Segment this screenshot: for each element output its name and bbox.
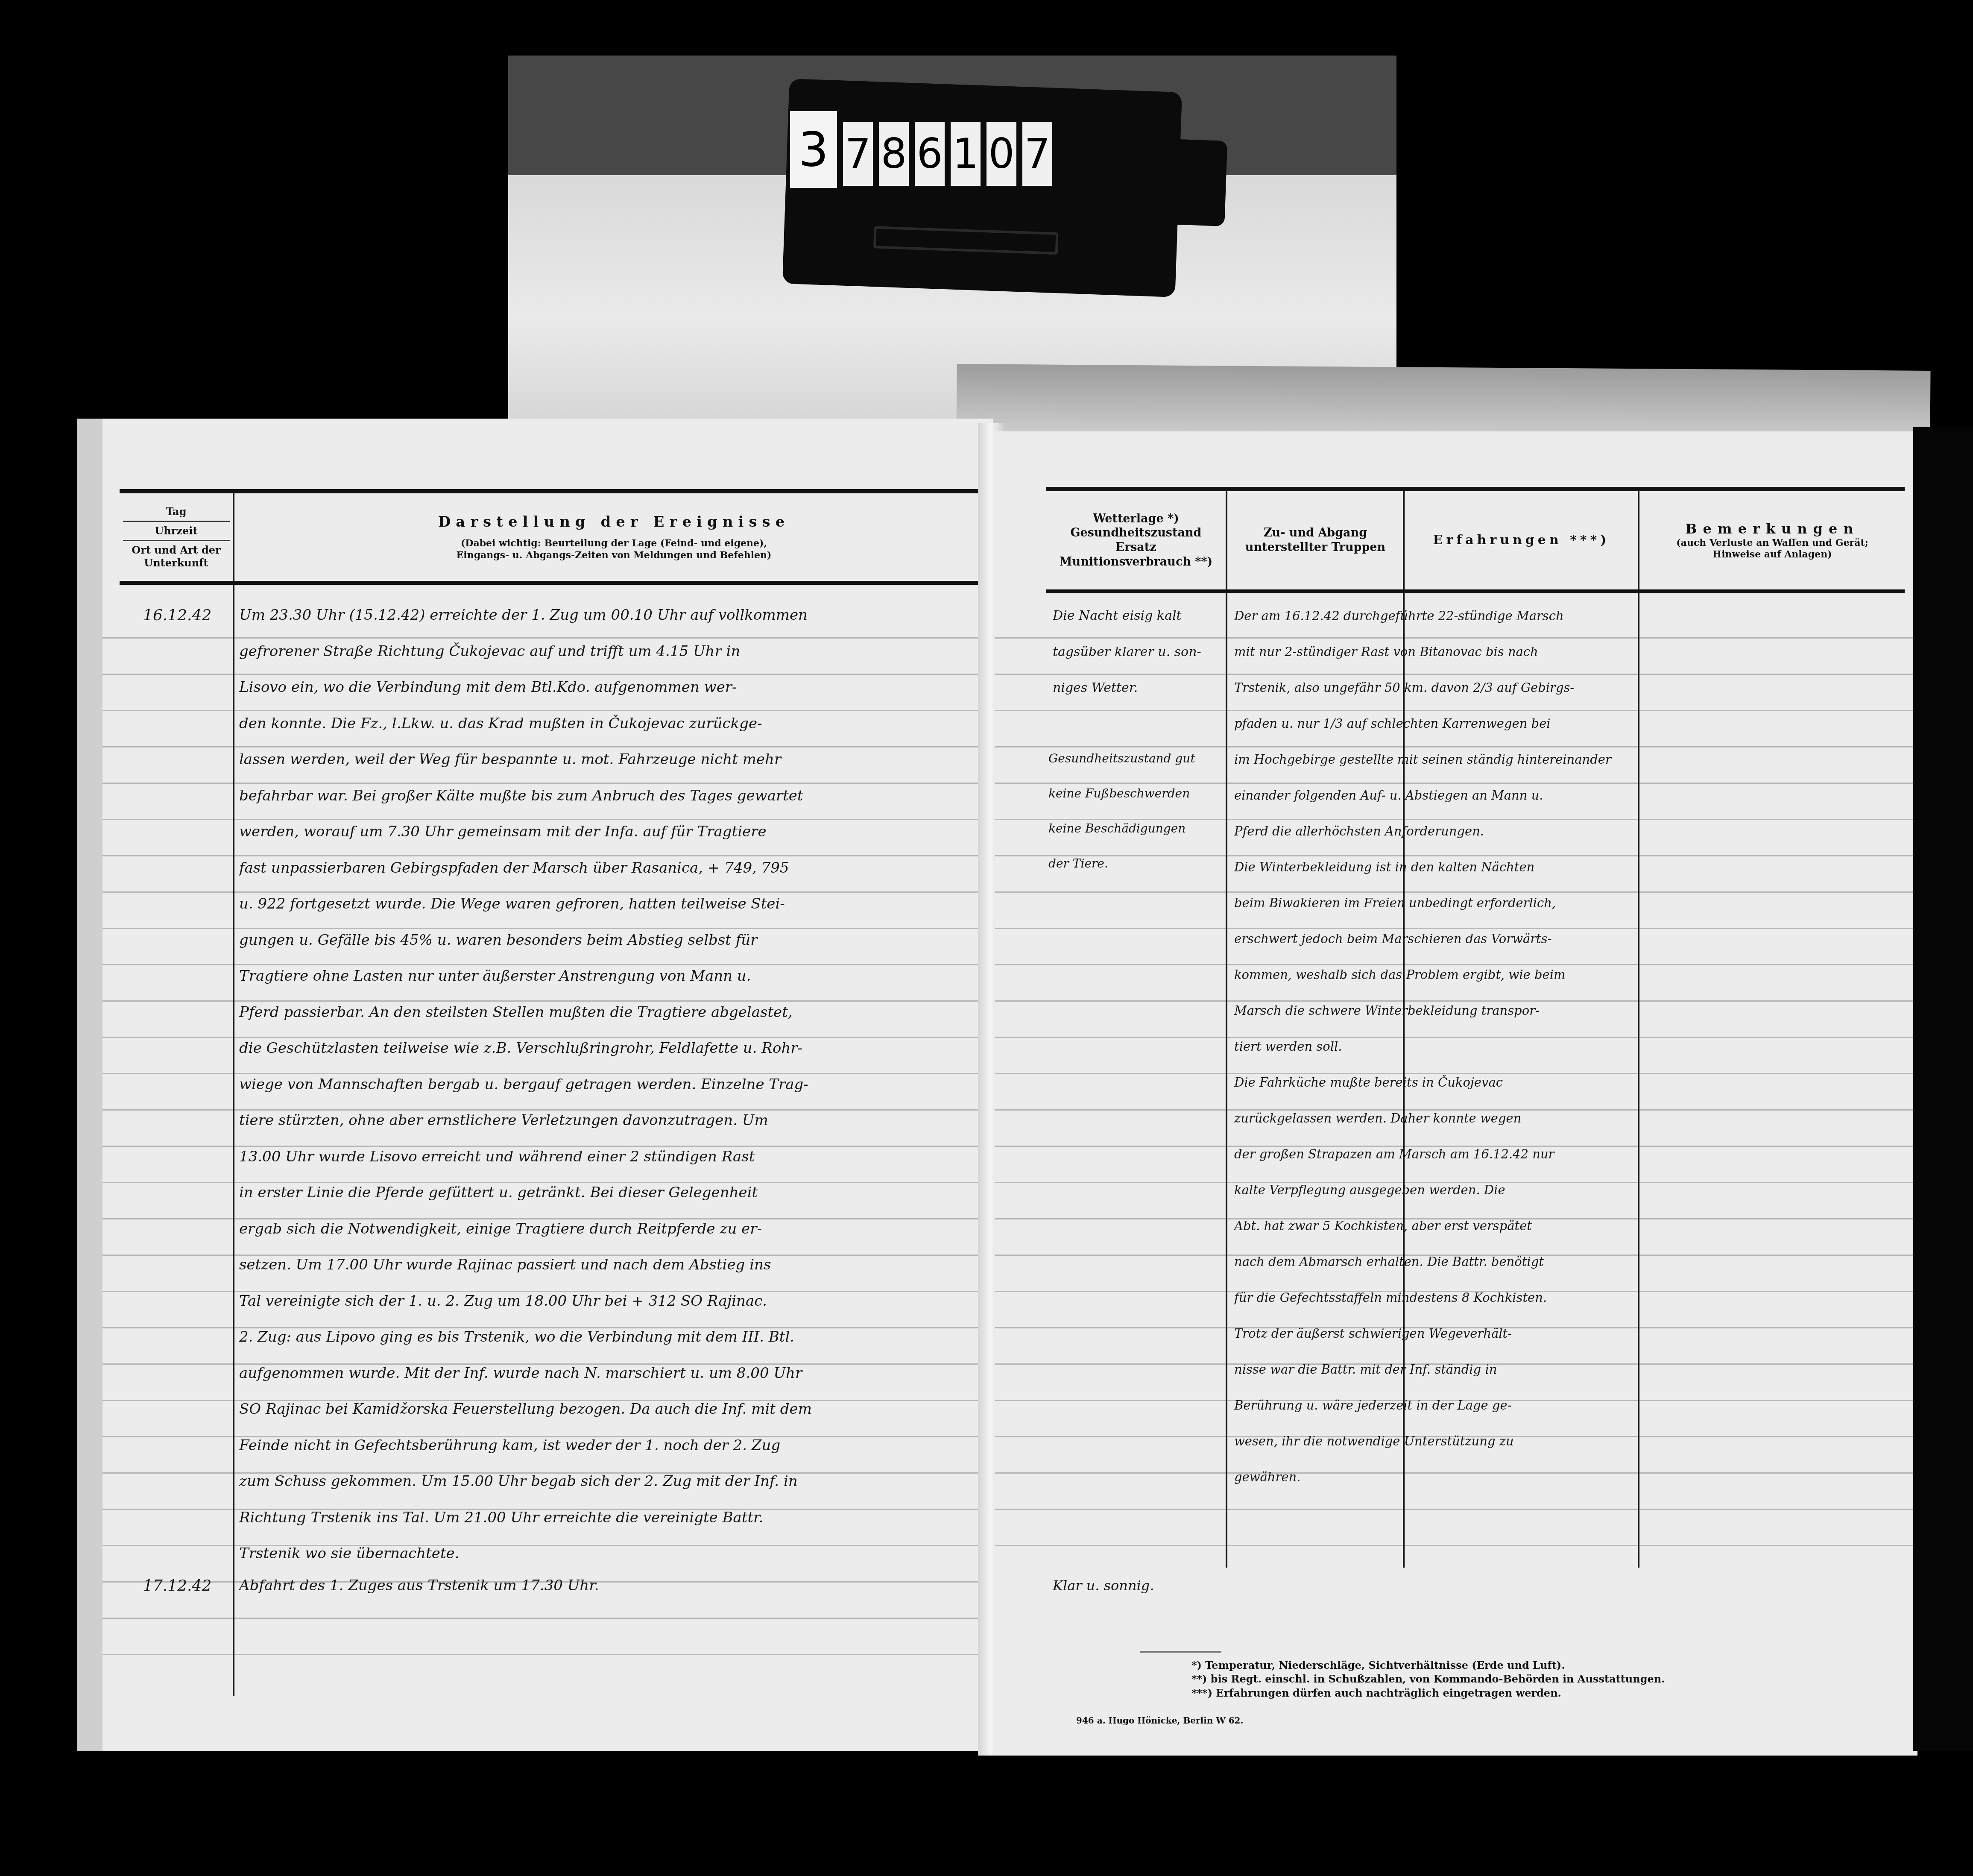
right-page-header: Wetterlage *) Gesundheitszustand Ersatz … — [1046, 487, 1905, 593]
counter-digit: 7 — [843, 122, 873, 186]
experience-line: Berührung u. wäre jederzeit in der Lage … — [1234, 1387, 1636, 1423]
text-line: fast unpassierbaren Gebirgspfaden der Ma… — [239, 850, 982, 886]
weather-line: tagsüber klarer u. son- — [1053, 634, 1224, 671]
header-darstellung-subtitle-1: (Dabei wichtig: Beurteilung der Lage (Fe… — [461, 538, 767, 550]
experience-line: der großen Strapazen am Marsch am 16.12.… — [1234, 1136, 1636, 1172]
experience-line: tiert werden soll. — [1234, 1029, 1636, 1064]
experience-line: gewähren. — [1234, 1459, 1636, 1495]
experience-text: Der am 16.12.42 durchgeführte 22-stündig… — [1234, 598, 1636, 1495]
column-divider — [1638, 491, 1639, 589]
experience-line: Pferd die allerhöchsten Anforderungen. — [1234, 813, 1636, 849]
frame-counter-readout: 3 7 8 6 1 0 7 — [790, 111, 1052, 188]
text-line: befahrbar war. Bei großer Kälte mußte bi… — [239, 778, 982, 814]
header-tag: Tag — [123, 503, 230, 521]
header-darstellung-subtitle-2: Eingangs- u. Abgangs-Zeiten von Meldunge… — [457, 550, 772, 562]
text-line: zum Schuss gekommen. Um 15.00 Uhr begab … — [239, 1463, 982, 1500]
experience-line: Abt. hat zwar 5 Kochkisten, aber erst ve… — [1234, 1208, 1636, 1244]
header-munition-line: Munitionsverbrauch **) — [1060, 555, 1213, 569]
entry-date: 17.12.42 — [143, 1577, 211, 1595]
header-uhrzeit: Uhrzeit — [123, 521, 230, 540]
counter-prefix: 3 — [790, 111, 837, 188]
text-line: Pferd passierbar. An den steilsten Stell… — [239, 994, 982, 1031]
text-line: 13.00 Uhr wurde Lisovo erreicht und währ… — [239, 1139, 982, 1175]
health-line: keine Beschädigungen — [1048, 811, 1224, 846]
experience-line: erschwert jedoch beim Marschieren das Vo… — [1234, 921, 1636, 957]
experience-line: nach dem Abmarsch erhalten. Die Battr. b… — [1234, 1244, 1636, 1280]
experience-line: Die Fahrküche mußte bereits in Čukojevac — [1234, 1064, 1636, 1100]
experience-line: mit nur 2-stündiger Rast von Bitanovac b… — [1234, 634, 1636, 670]
text-line: Feinde nicht in Gefechtsberührung kam, i… — [239, 1428, 982, 1464]
health-line: Gesundheitszustand gut — [1048, 741, 1224, 776]
text-line: Richtung Trstenik ins Tal. Um 21.00 Uhr … — [239, 1500, 982, 1536]
experience-line: beim Biwakieren im Freien unbedingt erfo… — [1234, 885, 1636, 921]
header-ersatz-line: Ersatz — [1115, 540, 1156, 555]
experience-line: einander folgenden Auf- u. Abstiegen an … — [1234, 777, 1636, 813]
text-line: Abfahrt des 1. Zuges aus Trstenik um 17.… — [239, 1568, 982, 1604]
left-page: Tag Uhrzeit Ort und Art der Unterkunft D… — [102, 419, 993, 1751]
footnote-2: **) bis Regt. einschl. in Schußzahlen, v… — [1191, 1672, 1665, 1686]
header-ort: Ort und Art der Unterkunft — [123, 540, 230, 572]
header-bemerkungen: Bemerkungen (auch Verluste an Waffen und… — [1640, 491, 1905, 589]
experience-line: nisse war die Battr. mit der Inf. ständi… — [1234, 1351, 1636, 1387]
text-line: in erster Linie die Pferde gefüttert u. … — [239, 1175, 982, 1211]
text-line: u. 922 fortgesetzt wurde. Die Wege waren… — [239, 886, 982, 922]
counter-digit: 1 — [951, 122, 981, 186]
weather-line: niges Wetter. — [1053, 670, 1224, 706]
experience-line: im Hochgebirge gestellte mit seinen stän… — [1234, 742, 1636, 777]
header-wetterlage-line: Wetterlage *) — [1093, 512, 1179, 526]
header-bemerkungen-subtitle-2: Hinweise auf Anlagen) — [1712, 549, 1832, 561]
text-line: ergab sich die Notwendigkeit, einige Tra… — [239, 1211, 982, 1247]
weather-text: Die Nacht eisig kalttagsüber klarer u. s… — [1053, 598, 1224, 706]
header-zu-abgang: Zu- und Abgang unterstellter Truppen — [1228, 491, 1403, 589]
column-divider — [1226, 585, 1227, 1568]
left-page-header: Tag Uhrzeit Ort und Art der Unterkunft D… — [120, 489, 993, 585]
entry-date: 16.12.42 — [143, 607, 211, 624]
experience-line: kommen, weshalb sich das Problem ergibt,… — [1234, 957, 1636, 993]
text-line: Tragtiere ohne Lasten nur unter äußerste… — [239, 958, 982, 994]
header-bemerkungen-subtitle-1: (auch Verluste an Waffen und Gerät; — [1676, 537, 1868, 549]
column-divider — [233, 493, 234, 581]
health-line: keine Fußbeschwerden — [1048, 776, 1224, 811]
health-line: der Tiere. — [1048, 846, 1224, 881]
footnote-3: ***) Erfahrungen dürfen auch nachträglic… — [1191, 1686, 1665, 1700]
text-line: lassen werden, weil der Weg für bespannt… — [239, 742, 982, 778]
text-line: setzen. Um 17.00 Uhr wurde Rajinac passi… — [239, 1247, 982, 1283]
counter-digit: 8 — [879, 122, 909, 186]
entry-text-16-12-42: Um 23.30 Uhr (15.12.42) erreichte der 1.… — [239, 597, 982, 1572]
column-divider — [1403, 491, 1405, 589]
text-line: aufgenommen wurde. Mit der Inf. wurde na… — [239, 1355, 982, 1392]
experience-line: Marsch die schwere Winterbekleidung tran… — [1234, 993, 1636, 1029]
footnote-1: *) Temperatur, Niederschläge, Sichtverhä… — [1191, 1659, 1665, 1672]
text-line: tiere stürzten, ohne aber ernstlichere V… — [239, 1102, 982, 1139]
text-line: Um 23.30 Uhr (15.12.42) erreichte der 1.… — [239, 597, 982, 633]
text-line: Lisovo ein, wo die Verbindung mit dem Bt… — [239, 669, 982, 706]
book-edge-shadow — [1913, 427, 1973, 1751]
header-darstellung: Darstellung der Ereignisse (Dabei wichti… — [235, 493, 993, 581]
header-gesundheit-line: Gesundheitszustand — [1071, 526, 1202, 540]
text-line: gefrorener Straße Richtung Čukojevac auf… — [239, 633, 982, 670]
health-text: Gesundheitszustand gutkeine Fußbeschwerd… — [1048, 741, 1224, 881]
text-line: die Geschützlasten teilweise wie z.B. Ve… — [239, 1030, 982, 1067]
text-line: SO Rajinac bei Kamidžorska Feuerstellung… — [239, 1391, 982, 1428]
counter-digit: 7 — [1022, 122, 1052, 186]
header-wetterlage: Wetterlage *) Gesundheitszustand Ersatz … — [1046, 491, 1226, 589]
text-line: Tal vereinigte sich der 1. u. 2. Zug um … — [239, 1283, 982, 1319]
header-bemerkungen-title: Bemerkungen — [1685, 520, 1859, 537]
header-truppen-line: unterstellter Truppen — [1245, 540, 1385, 555]
text-line: wiege von Mannschaften bergab u. bergauf… — [239, 1067, 982, 1103]
footnotes: *) Temperatur, Niederschläge, Sichtverhä… — [1191, 1651, 1665, 1700]
weather-17-12-42: Klar u. sonnig. — [1053, 1568, 1154, 1604]
right-page: Wetterlage *) Gesundheitszustand Ersatz … — [995, 431, 1917, 1756]
counter-slot — [873, 226, 1059, 255]
text-line: 2. Zug: aus Lipovo ging es bis Trstenik,… — [239, 1319, 982, 1355]
column-divider — [233, 577, 234, 1696]
text-line: den konnte. Die Fz., l.Lkw. u. das Krad … — [239, 706, 982, 742]
header-zu-abgang-line: Zu- und Abgang — [1264, 526, 1367, 540]
column-divider — [1638, 585, 1639, 1568]
experience-line: zurückgelassen werden. Daher konnte wege… — [1234, 1100, 1636, 1136]
printer-imprint: 946 a. Hugo Hönicke, Berlin W 62. — [1076, 1715, 1243, 1726]
experience-line: Trstenik, also ungefähr 50 km. davon 2/3… — [1234, 670, 1636, 706]
experience-line: Die Winterbekleidung ist in den kalten N… — [1234, 849, 1636, 885]
header-date-time-place: Tag Uhrzeit Ort und Art der Unterkunft — [120, 493, 233, 581]
header-erfahrungen: Erfahrungen ***) — [1405, 491, 1638, 589]
text-line: Trstenik wo sie übernachtete. — [239, 1536, 982, 1572]
experience-line: für die Gefechtsstaffeln mindestens 8 Ko… — [1234, 1280, 1636, 1316]
counter-digit: 0 — [986, 122, 1016, 186]
counter-digit: 6 — [915, 122, 945, 186]
column-divider — [1226, 491, 1227, 589]
footnote-rule — [1140, 1651, 1221, 1653]
counter-knob — [1165, 139, 1227, 226]
header-darstellung-title: Darstellung der Ereignisse — [438, 513, 790, 531]
experience-line: wesen, ihr die notwendige Unterstützung … — [1234, 1423, 1636, 1459]
text-line: werden, worauf um 7.30 Uhr gemeinsam mit… — [239, 814, 982, 850]
text-line: gungen u. Gefälle bis 45% u. waren beson… — [239, 922, 982, 959]
entry-text-17-12-42: Abfahrt des 1. Zuges aus Trstenik um 17.… — [239, 1568, 982, 1604]
experience-line: kalte Verpflegung ausgegeben werden. Die — [1234, 1172, 1636, 1208]
experience-line: Der am 16.12.42 durchgeführte 22-stündig… — [1234, 598, 1636, 634]
experience-line: pfaden u. nur 1/3 auf schlechten Karrenw… — [1234, 706, 1636, 742]
experience-line: Trotz der äußerst schwierigen Wegeverhäl… — [1234, 1316, 1636, 1351]
weather-line: Die Nacht eisig kalt — [1053, 598, 1224, 634]
